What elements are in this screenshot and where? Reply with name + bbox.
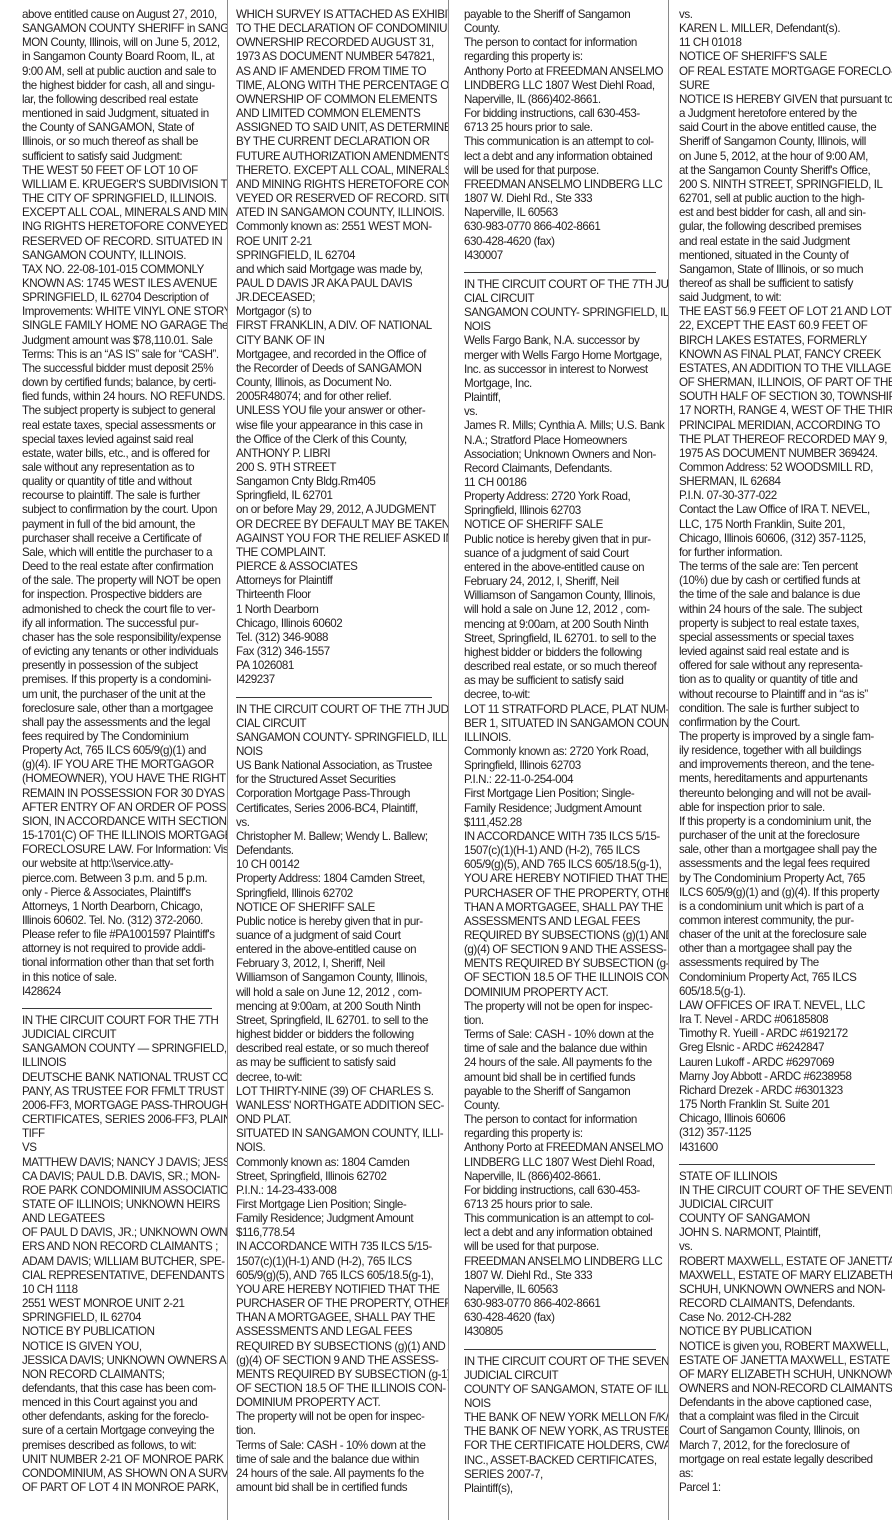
notice-text-line: Property Act, 765 ILCS 605/9(g)(1) and: [22, 744, 215, 758]
notice-text-line: highest bidder or bidders the following: [236, 1028, 442, 1042]
notice-text-line: FREEDMAN ANSELMO LINDBERG LLC: [464, 178, 660, 192]
notice-text-line: OF PAUL D DAVIS, JR.; UNKNOWN OWN-: [22, 1226, 215, 1240]
notice-text-line: KNOWN AS FINAL PLAT, FANCY CREEK: [679, 348, 884, 362]
notice-text-line: OF MARY ELIZABETH SCHUH, UNKNOWN: [679, 1368, 884, 1382]
notice-text-line: TIME, ALONG WITH THE PERCENTAGE OF: [236, 79, 442, 93]
notice-text-line: REMAIN IN POSSESSION FOR 30 DYAS: [22, 787, 215, 801]
notice-text-line: SERIES 2007-7,: [464, 1468, 660, 1482]
notice-text-line: Anthony Porto at FREEDMAN ANSELMO: [464, 65, 660, 79]
notice-text-line: SPRINGFIELD, IL 62704: [22, 1311, 215, 1325]
notice-text-line: 630-983-0770 866-402-8661: [464, 220, 660, 234]
notice-text-line: 605/18.5(g-1).: [679, 985, 884, 999]
notice-text-line: DOMINIUM PROPERTY ACT.: [464, 986, 660, 1000]
notice-text-line: Anthony Porto at FREEDMAN ANSELMO: [464, 1141, 660, 1155]
notice-text-line: THERETO. EXCEPT ALL COAL, MINERALS: [236, 164, 442, 178]
notice-text-line: Court of Sangamon County, Illinois, on: [679, 1424, 884, 1438]
notice-text-line: 200 S. NINTH STREET, SPRINGFIELD, IL: [679, 178, 884, 192]
notice-text-line: SURE: [679, 79, 884, 93]
notice-text-line: ING RIGHTS HERETOFORE CONVEYED OR: [22, 220, 215, 234]
notice-text-line: ify all information. The successful pur-: [22, 617, 215, 631]
notice-text-line: MON County, Illinois, will on June 5, 20…: [22, 36, 215, 50]
notice-text-line: chaser has the sole responsibility/expen…: [22, 631, 215, 645]
notice-text-line: Attorneys for Plaintiff: [236, 574, 442, 588]
notice-text-line: NOIS.: [236, 1141, 442, 1155]
notice-text-line: Record Claimants, Defendants.: [464, 462, 660, 476]
notice-text-line: Family Residence; Judgment Amount: [464, 802, 660, 816]
notice-text-line: Thirteenth Floor: [236, 588, 442, 602]
notice-text-line: OR DECREE BY DEFAULT MAY BE TAKEN: [236, 518, 442, 532]
notice-text-line: Naperville, IL 60563: [464, 1283, 660, 1297]
notice-text-line: 10 CH 00142: [236, 858, 442, 872]
notice-text-line: Richard Drezek - ARDC #6301323: [679, 1084, 884, 1098]
notice-text-line: Commonly known as: 2720 York Road,: [464, 745, 660, 759]
notice-text-line: SANGAMON COUNTY — SPRINGFIELD,: [22, 1042, 215, 1056]
notice-text-line: Springfield, IL 62701: [236, 489, 442, 503]
notice-text-line: Mortgagor (s) to: [236, 305, 442, 319]
legal-notice: STATE OF ILLINOISIN THE CIRCUIT COURT OF…: [679, 1170, 884, 1496]
notice-text-line: PURCHASER OF THE PROPERTY, OTHER: [236, 1297, 442, 1311]
notice-text-line: Property Address: 1804 Camden Street,: [236, 872, 442, 886]
notice-text-line: the time of the sale and balance is due: [679, 588, 884, 602]
notice-text-line: NOIS: [464, 320, 660, 334]
notice-text-line: Marny Joy Abbott - ARDC #6238958: [679, 1070, 884, 1084]
legal-notice: WHICH SURVEY IS ATTACHED AS EXHIBITTO TH…: [236, 8, 442, 688]
notice-text-line: OWNERSHIP RECORDED AUGUST 31,: [236, 36, 442, 50]
notice-text-line: LLC, 175 North Franklin, Suite 201,: [679, 518, 884, 532]
notice-text-line: ESTATES, AN ADDITION TO THE VILLAGE: [679, 362, 884, 376]
notice-text-line: Mortgage, Inc.: [464, 377, 660, 391]
notice-text-line: INC., ASSET-BACKED CERTIFICATES,: [464, 1454, 660, 1468]
notice-text-line: JUDICIAL CIRCUIT: [679, 1198, 884, 1212]
notice-text-line: TAX NO. 22-08-101-015 COMMONLY: [22, 263, 215, 277]
notice-divider: [464, 1349, 656, 1350]
notice-text-line: a Judgment heretofore entered by the: [679, 107, 884, 121]
notice-text-line: time of sale and the balance due within: [464, 1042, 660, 1056]
notice-text-line: SITUATED IN SANGAMON COUNTY, ILLI-: [236, 1127, 442, 1141]
notice-text-line: (HOMEOWNER), YOU HAVE THE RIGHT TO: [22, 772, 215, 786]
notice-text-line: YOU ARE HEREBY NOTIFIED THAT THE: [464, 872, 660, 886]
notice-text-line: fees required by The Condominium: [22, 730, 215, 744]
notice-text-line: 2005R48074; and for other relief.: [236, 390, 442, 404]
notice-text-line: as may be sufficient to satisfy said: [236, 1056, 442, 1070]
notice-text-line: payable to the Sheriff of Sangamon: [464, 1085, 660, 1099]
notice-text-line: as:: [679, 1467, 884, 1481]
notice-text-line: able for inspection prior to sale.: [679, 801, 884, 815]
notice-text-line: that a complaint was filed in the Circui…: [679, 1410, 884, 1424]
notice-text-line: mentioned in said Judgment, situated in: [22, 107, 215, 121]
notice-text-line: pierce.com. Between 3 p.m. and 5 p.m.: [22, 872, 215, 886]
notice-text-line: Terms of Sale: CASH - 10% down at the: [236, 1439, 442, 1453]
notice-text-line: other than a mortgagee shall pay the: [679, 942, 884, 956]
legal-notice: vs.KAREN L. MILLER, Defendant(s).11 CH 0…: [679, 8, 884, 1155]
notice-text-line: FUTURE AUTHORIZATION AMENDMENTS: [236, 150, 442, 164]
notice-text-line: Naperville, IL (866)402-8661.: [464, 93, 660, 107]
notice-text-line: offered for sale without any representa-: [679, 659, 884, 673]
notice-text-line: LAW OFFICES OF IRA T. NEVEL, LLC: [679, 999, 884, 1013]
notice-text-line: lect a debt and any information obtained: [464, 1226, 660, 1240]
notice-text-line: Chicago, Illinois 60602: [236, 617, 442, 631]
notice-text-line: will hold a sale on June 12, 2012 , com-: [464, 603, 660, 617]
notice-text-line: Terms of Sale: CASH - 10% down at the: [464, 1028, 660, 1042]
notice-text-line: JESSICA DAVIS; UNKNOWN OWNERS AND: [22, 1354, 215, 1368]
notice-text-line: payment in full of the bid amount, the: [22, 518, 215, 532]
notice-text-line: above entitled cause on August 27, 2010,: [22, 8, 215, 22]
notice-text-line: 1975 AS DOCUMENT NUMBER 369424.: [679, 447, 884, 461]
notice-text-line: the highest bidder for cash, all and sin…: [22, 79, 215, 93]
notice-text-line: Please refer to file #PA1001597 Plaintif…: [22, 928, 215, 942]
notice-text-line: 2006-FF3, MORTGAGE PASS-THROUGH: [22, 1099, 215, 1113]
notice-text-line: ROE PARK CONDOMINIUM ASSOCIATION;: [22, 1184, 215, 1198]
notice-text-line: fied funds, within 24 hours. NO REFUNDS.: [22, 390, 215, 404]
notice-text-line: AGAINST YOU FOR THE RELIEF ASKED IN: [236, 532, 442, 546]
notice-text-line: County, Illinois, as Document No.: [236, 376, 442, 390]
notice-text-line: NOIS: [464, 1397, 660, 1411]
notice-text-line: amount bid shall be in certified funds: [236, 1481, 442, 1495]
notice-text-line: the Office of the Clerk of this County,: [236, 433, 442, 447]
notice-text-line: ASSESSMENTS AND LEGAL FEES: [236, 1325, 442, 1339]
notice-text-line: Judgment amount was $78,110.01. Sale: [22, 334, 215, 348]
notice-text-line: decree, to-wit:: [464, 688, 660, 702]
notice-text-line: by The Condominium Property Act, 765: [679, 872, 884, 886]
notice-text-line: Street, Springfield, IL 62701. to sell t…: [464, 632, 660, 646]
notice-text-line: February 24, 2012, I, Sheriff, Neil: [464, 575, 660, 589]
notice-text-line: NOTICE BY PUBLICATION: [22, 1325, 215, 1339]
notice-text-line: Improvements: WHITE VINYL ONE STORY: [22, 305, 215, 319]
notice-text-line: US Bank National Association, as Trustee: [236, 759, 442, 773]
notice-text-line: OND PLAT.: [236, 1113, 442, 1127]
notice-text-line: If this property is a condominium unit, …: [679, 815, 884, 829]
legal-notice: above entitled cause on August 27, 2010,…: [22, 8, 215, 999]
notice-text-line: P.I.N. 07-30-377-022: [679, 489, 884, 503]
notice-text-line: (10%) due by cash or certified funds at: [679, 574, 884, 588]
notice-text-line: Chicago, Illinois 60606, (312) 357-1125,: [679, 532, 884, 546]
notice-text-line: AND MINING RIGHTS HERETOFORE CON-: [236, 178, 442, 192]
notice-text-line: tion.: [464, 1014, 660, 1028]
notice-text-line: 605/9(g)(5), AND 765 ILCS 605/18.5(g-1),: [464, 858, 660, 872]
notice-text-line: KNOWN AS: 1745 WEST ILES AVENUE: [22, 277, 215, 291]
notice-text-line: mentioned, situated in the County of: [679, 249, 884, 263]
notice-text-line: property is subject to real estate taxes…: [679, 617, 884, 631]
notice-text-line: EXCEPT ALL COAL, MINERALS AND MIN-: [22, 206, 215, 220]
notice-text-line: LINDBERG LLC 1807 West Diehl Road,: [464, 1156, 660, 1170]
notice-text-line: VEYED OR RESERVED OF RECORD. SITU-: [236, 192, 442, 206]
notice-text-line: First Mortgage Lien Position; Single-: [236, 1198, 442, 1212]
notice-text-line: OWNERSHIP OF COMMON ELEMENTS: [236, 93, 442, 107]
notice-text-line: Greg Elsnic - ARDC #6242847: [679, 1041, 884, 1055]
notice-text-line: assessments required by The: [679, 956, 884, 970]
notice-text-line: decree, to-wit:: [236, 1071, 442, 1085]
notice-text-line: Common Address: 52 WOODSMILL RD,: [679, 461, 884, 475]
notice-text-line: VS: [22, 1141, 215, 1155]
notice-text-line: vs.: [464, 405, 660, 419]
column-4: vs.KAREN L. MILLER, Defendant(s).11 CH 0…: [668, 0, 892, 1520]
notice-text-line: on June 5, 2012, at the hour of 9:00 AM,: [679, 150, 884, 164]
notice-text-line: Family Residence; Judgment Amount: [236, 1212, 442, 1226]
notice-text-line: THAN A MORTGAGEE, SHALL PAY THE: [464, 901, 660, 915]
notice-text-line: lar, the following described real estate: [22, 93, 215, 107]
notice-text-line: premises. If this property is a condomin…: [22, 673, 215, 687]
notice-text-line: other defendants, asking for the foreclo…: [22, 1410, 215, 1424]
notice-text-line: purchaser shall receive a Certificate of: [22, 532, 215, 546]
notice-divider: [22, 1008, 212, 1009]
notice-id: I429237: [236, 673, 442, 687]
notice-text-line: WANLESS' NORTHGATE ADDITION SEC-: [236, 1099, 442, 1113]
notice-text-line: SANGAMON COUNTY- SPRINGFIELD, ILLI-: [464, 306, 660, 320]
notice-text-line: 1 North Dearborn: [236, 603, 442, 617]
notice-text-line: common interest community, the pur-: [679, 914, 884, 928]
notice-text-line: CERTIFICATES, SERIES 2006-FF3, PLAIN-: [22, 1113, 215, 1127]
notice-text-line: SHERMAN, IL 62684: [679, 475, 884, 489]
notice-text-line: COUNTY OF SANGAMON: [679, 1212, 884, 1226]
notice-text-line: NOTICE IS GIVEN YOU,: [22, 1340, 215, 1354]
notice-text-line: SANGAMON COUNTY SHERIFF in SANGA-: [22, 22, 215, 36]
notice-text-line: ILLINOIS: [22, 1056, 215, 1070]
notice-text-line: THE COMPLAINT.: [236, 546, 442, 560]
notice-id: I428624: [22, 985, 215, 999]
notice-text-line: 24 hours of the sale. All payments fo th…: [236, 1467, 442, 1481]
notice-text-line: MATTHEW DAVIS; NANCY J DAVIS; JESSI-: [22, 1156, 215, 1170]
notice-text-line: JOHN S. NARMONT, Plaintiff,: [679, 1226, 884, 1240]
notice-text-line: Street, Springfield, IL 62701. to sell t…: [236, 1014, 442, 1028]
column-3: payable to the Sheriff of SangamonCounty…: [448, 0, 668, 1520]
notice-text-line: WILLIAM E. KRUEGER'S SUBDIVISION TO: [22, 178, 215, 192]
notice-text-line: only - Pierce & Associates, Plaintiff's: [22, 886, 215, 900]
notice-text-line: MENTS REQUIRED BY SUBSECTION (g-1): [464, 957, 660, 971]
notice-text-line: Tel. (312) 346-9088: [236, 631, 442, 645]
notice-text-line: without recourse to Plaintiff and in “as…: [679, 688, 884, 702]
notice-text-line: CIAL REPRESENTATIVE, DEFENDANTS: [22, 1269, 215, 1283]
notice-text-line: shall pay the assessments and the legal: [22, 716, 215, 730]
notice-text-line: Naperville, IL (866)402-8661.: [464, 1170, 660, 1184]
column-2: WHICH SURVEY IS ATTACHED AS EXHIBITTO TH…: [227, 0, 448, 1520]
notice-text-line: 24 hours of the sale. All payments fo th…: [464, 1056, 660, 1070]
notice-text-line: AS AND IF AMENDED FROM TIME TO: [236, 65, 442, 79]
notice-text-line: payable to the Sheriff of Sangamon: [464, 8, 660, 22]
legal-notice: IN THE CIRCUIT COURT FOR THE 7THJUDICIAL…: [22, 1014, 215, 1495]
notice-text-line: OF SECTION 18.5 OF THE ILLINOIS CON-: [236, 1382, 442, 1396]
notice-text-line: THE CITY OF SPRINGFIELD, ILLINOIS.: [22, 192, 215, 206]
notice-text-line: described real estate, or so much thereo…: [236, 1042, 442, 1056]
notice-text-line: lect a debt and any information obtained: [464, 150, 660, 164]
notice-text-line: For bidding instructions, call 630-453-: [464, 107, 660, 121]
notice-text-line: CIAL CIRCUIT: [464, 292, 660, 306]
notice-text-line: um unit, the purchaser of the unit at th…: [22, 688, 215, 702]
notice-text-line: $111,452.28: [464, 816, 660, 830]
notice-text-line: ROE UNIT 2-21: [236, 235, 442, 249]
notice-text-line: PIERCE & ASSOCIATES: [236, 560, 442, 574]
notice-text-line: wise file your appearance in this case i…: [236, 419, 442, 433]
notice-text-line: Springfield, Illinois 62703: [464, 504, 660, 518]
notice-text-line: 9:00 AM, sell at public auction and sale…: [22, 65, 215, 79]
notice-text-line: SION, IN ACCORDANCE WITH SECTION: [22, 815, 215, 829]
notice-text-line: IN THE CIRCUIT COURT OF THE 7TH JUDI-: [236, 703, 442, 717]
notice-text-line: will be used for that purpose.: [464, 1240, 660, 1254]
notice-text-line: Association; Unknown Owners and Non-: [464, 448, 660, 462]
notice-text-line: for the Structured Asset Securities: [236, 773, 442, 787]
notice-text-line: KAREN L. MILLER, Defendant(s).: [679, 22, 884, 36]
notice-text-line: BIRCH LAKES ESTATES, FORMERLY: [679, 334, 884, 348]
notice-text-line: Wells Fargo Bank, N.A. successor by: [464, 334, 660, 348]
notice-text-line: will be used for that purpose.: [464, 164, 660, 178]
notice-text-line: Naperville, IL 60563: [464, 206, 660, 220]
notice-text-line: mencing at 9:00am, at 200 South Ninth: [464, 618, 660, 632]
notice-text-line: NOTICE is given you, ROBERT MAXWELL,: [679, 1340, 884, 1354]
notice-text-line: BER 1, SITUATED IN SANGAMON COUNTY,: [464, 717, 660, 731]
notice-divider: [464, 272, 656, 273]
notice-text-line: OF PART OF LOT 4 IN MONROE PARK,: [22, 1481, 215, 1495]
notice-text-line: said Court in the above entitled cause, …: [679, 121, 884, 135]
notice-text-line: defendants, that this case has been com-: [22, 1382, 215, 1396]
notice-text-line: ADAM DAVIS; WILLIAM BUTCHER, SPE-: [22, 1255, 215, 1269]
notice-text-line: ILCS 605/9(g)(1) and (g)(4). If this pro…: [679, 886, 884, 900]
notice-text-line: time of sale and the balance due within: [236, 1453, 442, 1467]
notice-text-line: ROBERT MAXWELL, ESTATE OF JANETTA: [679, 1255, 884, 1269]
notice-text-line: confirmation by the Court.: [679, 716, 884, 730]
notice-text-line: (312) 357-1125: [679, 1126, 884, 1140]
notice-text-line: Williamson of Sangamon County, Illinois,: [464, 589, 660, 603]
notice-text-line: FIRST FRANKLIN, A DIV. OF NATIONAL: [236, 319, 442, 333]
notice-text-line: ASSIGNED TO SAID UNIT, AS DETERMINED: [236, 121, 442, 135]
notice-text-line: the County of SANGAMON, State of: [22, 121, 215, 135]
notice-text-line: Chicago, Illinois 60606: [679, 1112, 884, 1126]
notice-text-line: 22, EXCEPT THE EAST 60.9 FEET OF: [679, 319, 884, 333]
notice-text-line: OF REAL ESTATE MORTGAGE FORECLO-: [679, 65, 884, 79]
notice-text-line: NOTICE OF SHERIFF SALE: [464, 518, 660, 532]
notice-text-line: AND LIMITED COMMON ELEMENTS: [236, 107, 442, 121]
notice-text-line: premises described as follows, to wit:: [22, 1439, 215, 1453]
notice-text-line: 630-428-4620 (fax): [464, 235, 660, 249]
notice-text-line: NOTICE IS HEREBY GIVEN that pursuant to: [679, 93, 884, 107]
notice-text-line: March 7, 2012, for the foreclosure of: [679, 1439, 884, 1453]
notice-text-line: described real estate, or so much thereo…: [464, 660, 660, 674]
notice-text-line: OWNERS and NON-RECORD CLAIMANTS,: [679, 1382, 884, 1396]
notice-text-line: Sheriff of Sangamon County, Illinois, wi…: [679, 135, 884, 149]
notice-text-line: our website at http:\\service.atty-: [22, 857, 215, 871]
notice-text-line: as may be sufficient to satisfy said: [464, 674, 660, 688]
legal-notice: IN THE CIRCUIT COURT OF THE SEVENTHJUDIC…: [464, 1355, 660, 1497]
notice-text-line: JUDICIAL CIRCUIT: [22, 1028, 215, 1042]
notice-text-line: OF SECTION 18.5 OF THE ILLINOIS CON-: [464, 971, 660, 985]
notice-text-line: ILLINOIS.: [464, 731, 660, 745]
notice-text-line: MENTS REQUIRED BY SUBSECTION (g-1): [236, 1368, 442, 1382]
notice-text-line: highest bidder or bidders the following: [464, 646, 660, 660]
notice-text-line: NOTICE BY PUBLICATION: [679, 1325, 884, 1339]
notice-text-line: THAN A MORTGAGEE, SHALL PAY THE: [236, 1311, 442, 1325]
notice-text-line: Mortgagee, and recorded in the Office of: [236, 348, 442, 362]
notice-text-line: 62701, sell at public auction to the hig…: [679, 192, 884, 206]
notice-text-line: BY THE CURRENT DECLARATION OR: [236, 135, 442, 149]
notice-text-line: 1507(c)(1)(H-1) AND (H-2), 765 ILCS: [464, 844, 660, 858]
notice-text-line: 175 North Franklin St. Suite 201: [679, 1098, 884, 1112]
notice-text-line: Street, Springfield, Illinois 62702: [236, 1170, 442, 1184]
notice-text-line: and real estate in the said Judgment: [679, 235, 884, 249]
notice-text-line: CIAL CIRCUIT: [236, 717, 442, 731]
column-1: above entitled cause on August 27, 2010,…: [0, 0, 227, 1520]
notice-text-line: Sangamon Cnty Bldg.Rm405: [236, 475, 442, 489]
notice-text-line: JR.DECEASED;: [236, 291, 442, 305]
notice-text-line: LOT 11 STRATFORD PLACE, PLAT NUM-: [464, 703, 660, 717]
notice-text-line: 11 CH 01018: [679, 36, 884, 50]
notice-text-line: 10 CH 1118: [22, 1283, 215, 1297]
notice-text-line: DEUTSCHE BANK NATIONAL TRUST COM-: [22, 1071, 215, 1085]
notice-text-line: The property will not be open for inspec…: [464, 1000, 660, 1014]
notice-text-line: OF SHERMAN, ILLINOIS, OF PART OF THE: [679, 376, 884, 390]
notice-text-line: suance of a judgment of said Court: [464, 547, 660, 561]
notice-text-line: amount bid shall be in certified funds: [464, 1071, 660, 1085]
notice-text-line: Public notice is hereby given that in pu…: [236, 915, 442, 929]
notice-text-line: COUNTY OF SANGAMON, STATE OF ILLI-: [464, 1383, 660, 1397]
notice-text-line: JUDICIAL CIRCUIT: [464, 1369, 660, 1383]
notice-text-line: on or before May 29, 2012, A JUDGMENT: [236, 503, 442, 517]
notice-text-line: James R. Mills; Cynthia A. Mills; U.S. B…: [464, 419, 660, 433]
notice-text-line: Defendants.: [236, 844, 442, 858]
notice-text-line: County.: [464, 1099, 660, 1113]
notice-text-line: attorney is not required to provide addi…: [22, 942, 215, 956]
notice-text-line: in this notice of sale.: [22, 971, 215, 985]
notice-text-line: UNLESS YOU file your answer or other-: [236, 404, 442, 418]
notice-text-line: (g)(4). IF YOU ARE THE MORTGAGOR: [22, 758, 215, 772]
notice-text-line: IN THE CIRCUIT COURT OF THE SEVENTH: [464, 1355, 660, 1369]
notice-text-line: 17 NORTH, RANGE 4, WEST OF THE THIRD: [679, 404, 884, 418]
notice-text-line: REQUIRED BY SUBSECTIONS (g)(1) AND: [236, 1340, 442, 1354]
notice-text-line: Property Address: 2720 York Road,: [464, 490, 660, 504]
notice-text-line: Williamson of Sangamon County, Illinois,: [236, 971, 442, 985]
notice-text-line: Christopher M. Ballew; Wendy L. Ballew;: [236, 830, 442, 844]
notice-text-line: condition. The sale is further subject t…: [679, 702, 884, 716]
notice-text-line: PA 1026081: [236, 659, 442, 673]
notice-text-line: YOU ARE HEREBY NOTIFIED THAT THE: [236, 1283, 442, 1297]
notice-text-line: 200 S. 9TH STREET: [236, 461, 442, 475]
notice-text-line: NOTICE OF SHERIFF'S SALE: [679, 50, 884, 64]
notice-text-line: Certificates, Series 2006-BC4, Plaintiff…: [236, 802, 442, 816]
notice-text-line: AND LEGATEES: [22, 1212, 215, 1226]
notice-text-line: and which said Mortgage was made by,: [236, 263, 442, 277]
notice-text-line: 630-428-4620 (fax): [464, 1311, 660, 1325]
notice-text-line: entered in the above-entitled cause on: [236, 943, 442, 957]
notice-text-line: said Judgment, to wit:: [679, 291, 884, 305]
notice-id: I431600: [679, 1141, 884, 1155]
notice-divider: [236, 697, 432, 698]
notice-text-line: THE WEST 50 FEET OF LOT 10 OF: [22, 164, 215, 178]
notice-text-line: THE BANK OF NEW YORK MELLON F/K/A: [464, 1411, 660, 1425]
notice-id: I430805: [464, 1325, 660, 1339]
notice-text-line: Springfield, Illinois 62703: [464, 759, 660, 773]
notice-text-line: THE EAST 56.9 FEET OF LOT 21 AND LOT: [679, 305, 884, 319]
notice-text-line: 6713 25 hours prior to sale.: [464, 1198, 660, 1212]
notice-text-line: the Recorder of Deeds of SANGAMON: [236, 362, 442, 376]
notice-text-line: First Mortgage Lien Position; Single-: [464, 787, 660, 801]
notice-text-line: presently in possession of the subject: [22, 659, 215, 673]
notice-text-line: Timothy R. Yueill - ARDC #6192172: [679, 1027, 884, 1041]
notice-text-line: MAXWELL, ESTATE OF MARY ELIZABETH: [679, 1269, 884, 1283]
notice-text-line: SOUTH HALF OF SECTION 30, TOWNSHIP: [679, 390, 884, 404]
notice-text-line: Illinois 60602. Tel. No. (312) 372-2060.: [22, 914, 215, 928]
notice-text-line: 2551 WEST MONROE UNIT 2-21: [22, 1297, 215, 1311]
notice-text-line: FREEDMAN ANSELMO LINDBERG LLC: [464, 1255, 660, 1269]
notice-text-line: Sale, which will entitle the purchaser t…: [22, 546, 215, 560]
notice-text-line: IN THE CIRCUIT COURT OF THE 7TH JUDI-: [464, 278, 660, 292]
notice-text-line: WHICH SURVEY IS ATTACHED AS EXHIBIT: [236, 8, 442, 22]
notice-text-line: LOT THIRTY-NINE (39) OF CHARLES S.: [236, 1085, 442, 1099]
notice-text-line: chaser of the unit at the foreclosure sa…: [679, 928, 884, 942]
notice-text-line: The property is improved by a single fam…: [679, 730, 884, 744]
notice-text-line: ily residence, together with all buildin…: [679, 744, 884, 758]
notice-text-line: thereof as shall be sufficient to satisf…: [679, 277, 884, 291]
notice-text-line: PRINCIPAL MERIDIAN, ACCORDING TO: [679, 419, 884, 433]
notice-text-line: entered in the above-entitled cause on: [464, 561, 660, 575]
notice-text-line: February 3, 2012, I, Sheriff, Neil: [236, 957, 442, 971]
notice-text-line: Commonly known as: 2551 WEST MON-: [236, 220, 442, 234]
